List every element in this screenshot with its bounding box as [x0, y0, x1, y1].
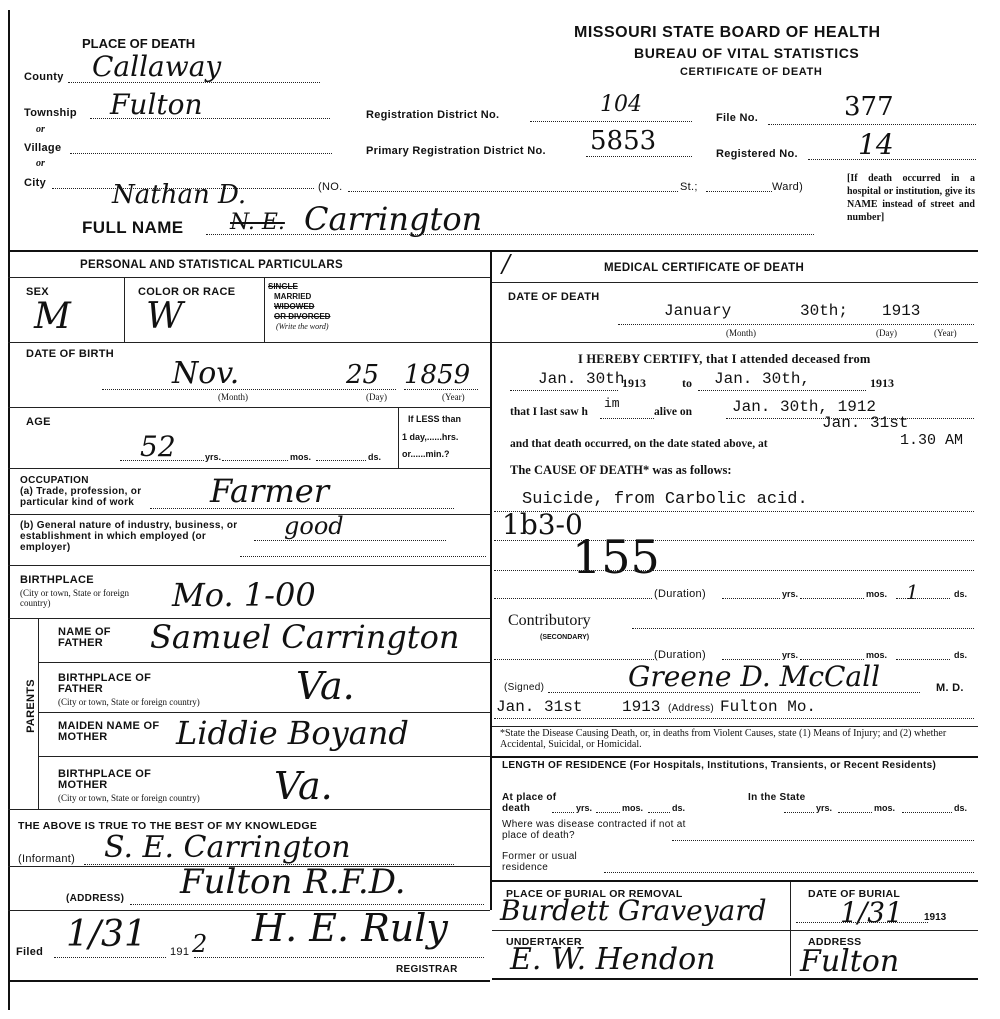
row-divider [8, 407, 490, 408]
residence-heading: LENGTH OF RESIDENCE (For Hospitals, Inst… [502, 760, 974, 772]
row-divider [492, 726, 978, 727]
attended-to-year[interactable]: 1913 [870, 376, 894, 391]
ward-field-line[interactable] [706, 191, 772, 192]
row-divider [38, 756, 490, 757]
occupation-a-block: OCCUPATION (a) Trade, profession, or par… [20, 475, 220, 508]
primary-district-label: Primary Registration District No. [366, 145, 546, 157]
duration-yrs-2: yrs. [782, 650, 798, 660]
in-state-yrs-line[interactable] [784, 812, 814, 813]
in-state-ds-line[interactable] [902, 812, 952, 813]
street-label: St.; [680, 181, 698, 193]
duration-ds-line-2[interactable] [896, 659, 950, 660]
at-place-ds: ds. [672, 803, 685, 813]
contributory-label: Contributory [508, 612, 591, 630]
mother-birthplace-label: BIRTHPLACE OF MOTHER [58, 769, 168, 791]
former-residence-line[interactable] [604, 872, 974, 873]
village-label: Village [24, 142, 61, 154]
alive-on-label: alive on [654, 406, 692, 418]
dob-year[interactable]: 1859 [404, 360, 470, 390]
sex-value[interactable]: M [34, 296, 71, 337]
father-name-label: NAME OF FATHER [58, 627, 138, 649]
alive-on-correction[interactable]: Jan. 31st [822, 414, 908, 432]
marital-option-married[interactable]: MARRIED [268, 292, 388, 302]
street-field-line[interactable] [348, 191, 678, 192]
filed-label: Filed [16, 946, 43, 958]
birthplace-hint: (City or town, State or foreign country) [20, 588, 150, 608]
marital-option-widowed[interactable]: WIDOWED [268, 302, 388, 312]
in-state-mos-line[interactable] [838, 812, 872, 813]
bureau-title: BUREAU OF VITAL STATISTICS [634, 45, 859, 61]
cause-label: The CAUSE OF DEATH* was as follows: [510, 463, 732, 478]
duration-ds-line-1[interactable] [896, 598, 950, 599]
md-label: M. D. [936, 682, 964, 694]
row-divider [492, 756, 978, 758]
date-of-death-month[interactable]: January [664, 302, 731, 320]
age-ds-label: ds. [368, 452, 381, 462]
section-divider-top [8, 250, 978, 252]
cause-line-2 [494, 540, 974, 541]
duration-mos-line-1[interactable] [800, 598, 864, 599]
attended-to-line [698, 390, 866, 391]
row-divider [8, 514, 490, 515]
date-of-death-label: DATE OF DEATH [508, 291, 600, 303]
center-divider [490, 252, 492, 910]
age-label: AGE [26, 416, 51, 428]
row-divider [492, 930, 978, 931]
row-divider [38, 662, 490, 663]
if-less-line-3: or......min.? [402, 449, 450, 459]
age-mos-label: mos. [290, 452, 311, 462]
age-ds-line[interactable] [316, 460, 366, 461]
full-name-surname[interactable]: Carrington [304, 200, 482, 238]
marital-hint: (Write the word) [268, 322, 388, 332]
duration-pre-line [494, 598, 652, 599]
file-no-value[interactable]: 377 [844, 92, 894, 122]
left-border [8, 10, 10, 1010]
full-name-label: FULL NAME [82, 218, 184, 238]
burial-place-value[interactable]: Burdett Graveyard [500, 894, 767, 927]
registrar-line [194, 957, 484, 958]
duration-ds-value[interactable]: 1 [906, 580, 919, 604]
duration-mos-1: mos. [866, 589, 887, 599]
age-yrs-label: yrs. [205, 452, 221, 462]
birthplace-label: BIRTHPLACE [20, 574, 94, 586]
or-text-2: or [36, 158, 45, 169]
township-label: Township [24, 107, 77, 119]
medical-heading: MEDICAL CERTIFICATE OF DEATH [604, 262, 804, 274]
parents-side-label: PARENTS [25, 679, 37, 733]
marital-option-single[interactable]: SINGLE [268, 282, 388, 292]
to-label: to [682, 376, 692, 391]
age-years-value[interactable]: 52 [140, 430, 176, 463]
duration-ds-1: ds. [954, 589, 967, 599]
attended-to-value[interactable]: Jan. 30th, [714, 370, 810, 388]
hospital-note: [If death occurred in a hospital or inst… [847, 172, 975, 224]
doctor-address-label: (Address) [668, 703, 714, 714]
col-divider [124, 278, 125, 342]
row-divider [492, 880, 978, 882]
marital-status-options[interactable]: SINGLE MARRIED WIDOWED OR DIVORCED (Writ… [268, 282, 388, 332]
registrar-label: REGISTRAR [396, 964, 458, 975]
row-divider [8, 565, 490, 566]
row-divider [8, 277, 490, 278]
form-title: CERTIFICATE OF DEATH [680, 66, 822, 78]
date-of-death-line [618, 324, 974, 325]
attended-from-year-text: 1913 [622, 376, 646, 390]
informant-address-value[interactable]: Fulton R.F.D. [180, 862, 406, 902]
registered-no-label: Registered No. [716, 148, 798, 160]
row-divider [492, 282, 978, 283]
undertaker-address-value[interactable]: Fulton [800, 944, 899, 979]
contributory-line[interactable] [632, 628, 974, 629]
last-saw-pronoun[interactable]: im [604, 396, 620, 411]
cause-line-3 [494, 570, 974, 571]
row-divider [8, 468, 490, 469]
burial-date-value[interactable]: 1/31 [840, 896, 903, 929]
registration-district-value[interactable]: 104 [600, 92, 642, 117]
last-saw-label: that I last saw h [510, 406, 588, 418]
father-birthplace-label: BIRTHPLACE OF FATHER [58, 673, 168, 695]
marital-option-divorced[interactable]: OR DIVORCED [268, 312, 388, 322]
row-divider [8, 809, 490, 810]
cause-value[interactable]: Suicide, from Carbolic acid. [522, 490, 808, 509]
filed-year-suffix[interactable]: 2 [192, 930, 207, 958]
date-of-death-day[interactable]: 30th; [800, 302, 848, 320]
mother-birthplace-value[interactable]: Va. [274, 764, 333, 808]
cause-code-2: 155 [572, 530, 660, 584]
full-name-struck-initials: N. E. [230, 210, 285, 235]
village-field-line[interactable] [70, 153, 332, 154]
signed-date[interactable]: Jan. 31st [496, 698, 582, 716]
mother-birthplace-hint: (City or town, State or foreign country) [58, 793, 200, 803]
col-divider [264, 278, 265, 342]
filed-date-line [54, 957, 166, 958]
check-mark: / [502, 250, 510, 278]
board-title: MISSOURI STATE BOARD OF HEALTH [574, 24, 881, 42]
duration-ds-2: ds. [954, 650, 967, 660]
duration-mos-2: mos. [866, 650, 887, 660]
at-place-yrs: yrs. [576, 803, 592, 813]
doctor-address-line [494, 718, 974, 719]
death-day-caption: (Day) [876, 328, 897, 338]
birthplace-value[interactable]: Mo. 1-00 [172, 576, 316, 614]
place-of-death-heading: PLACE OF DEATH [82, 36, 195, 51]
in-state-label: In the State [748, 792, 808, 803]
at-place-label: At place of death [502, 792, 572, 814]
father-birthplace-value[interactable]: Va. [296, 664, 355, 708]
certify-text: I HEREBY CERTIFY, that I attended deceas… [578, 352, 871, 367]
dob-label: DATE OF BIRTH [26, 348, 114, 360]
primary-district-value[interactable]: 5853 [590, 126, 656, 156]
in-state-ds: ds. [954, 803, 967, 813]
parents-divider [38, 619, 39, 809]
occupation-a-value[interactable]: Farmer [210, 472, 329, 510]
city-label: City [24, 177, 46, 189]
file-no-label: File No. [716, 112, 758, 124]
duration-yrs-1: yrs. [782, 589, 798, 599]
undertaker-value[interactable]: E. W. Hendon [510, 942, 715, 977]
informant-address-line [130, 904, 484, 905]
attended-from-value[interactable]: Jan. 30th [538, 370, 624, 388]
registered-no-value[interactable]: 14 [858, 128, 894, 161]
date-of-death-year[interactable]: 1913 [882, 302, 920, 320]
at-place-ds-line[interactable] [648, 812, 670, 813]
dob-day[interactable]: 25 [346, 360, 379, 390]
bottom-divider-left [8, 980, 490, 982]
age-mos-line[interactable] [222, 460, 288, 461]
personal-heading: PERSONAL AND STATISTICAL PARTICULARS [80, 259, 343, 271]
street-no-label: (NO. [318, 181, 342, 193]
contracted-label: Where was disease contracted if not at p… [502, 819, 692, 841]
occupation-label: OCCUPATION [20, 475, 220, 486]
occupation-b-value[interactable]: good [284, 512, 344, 540]
file-no-line [768, 124, 976, 125]
age-years-line [120, 460, 204, 461]
filed-date-value[interactable]: 1/31 [66, 914, 147, 955]
burial-col-divider [790, 882, 791, 976]
col-divider [398, 408, 399, 468]
father-birthplace-hint: (City or town, State or foreign country) [58, 697, 200, 707]
full-name-given[interactable]: Nathan D. [112, 180, 246, 210]
in-state-mos: mos. [874, 803, 895, 813]
signed-label: (Signed) [504, 682, 544, 693]
row-divider [492, 342, 978, 343]
occupation-b-line-2 [240, 556, 486, 557]
occupation-b-label: (b) General nature of industry, business… [20, 520, 240, 553]
secondary-label: (SECONDARY) [540, 634, 589, 641]
at-place-mos-line[interactable] [596, 812, 620, 813]
ward-label: Ward) [772, 181, 803, 193]
contracted-line[interactable] [672, 840, 974, 841]
duration-yrs-line-1[interactable] [722, 598, 780, 599]
mother-name-label: MAIDEN NAME OF MOTHER [58, 721, 168, 743]
full-name-line [206, 234, 814, 235]
dob-month[interactable]: Nov. [172, 356, 239, 391]
doctor-address-value[interactable]: Fulton Mo. [720, 698, 816, 716]
informant-label: (Informant) [18, 853, 75, 865]
registration-district-label: Registration District No. [366, 109, 499, 121]
dob-year-caption: (Year) [442, 392, 465, 402]
at-place-yrs-line[interactable] [552, 812, 574, 813]
occupation-b-line-1 [254, 540, 446, 541]
bottom-divider-right [492, 978, 978, 980]
death-year-caption: (Year) [934, 328, 957, 338]
if-less-line-1: If LESS than [408, 414, 461, 424]
dob-day-caption: (Day) [366, 392, 387, 402]
if-less-line-2: 1 day,......hrs. [402, 432, 458, 442]
at-place-mos: mos. [622, 803, 643, 813]
death-time-value[interactable]: 1.30 AM [900, 432, 963, 449]
cause-footnote: *State the Disease Causing Death, or, in… [500, 728, 976, 750]
registration-district-line [530, 121, 692, 122]
death-month-caption: (Month) [726, 328, 756, 338]
occupation-a-label: (a) Trade, profession, or particular kin… [20, 486, 150, 508]
in-state-yrs: yrs. [816, 803, 832, 813]
or-text-1: or [36, 124, 45, 135]
attended-from-line [510, 390, 618, 391]
burial-year[interactable]: 1913 [924, 912, 946, 923]
color-value[interactable]: W [146, 296, 183, 337]
registrar-value[interactable]: H. E. Ruly [252, 906, 448, 950]
duration-label-1: (Duration) [654, 588, 706, 600]
county-value[interactable]: Callaway [92, 50, 221, 83]
attended-from-year[interactable]: 1913 [622, 376, 646, 391]
signed-value[interactable]: Greene D. McCall [628, 660, 880, 693]
township-value[interactable]: Fulton [110, 88, 203, 121]
signed-year[interactable]: 1913 [622, 698, 660, 716]
dob-month-caption: (Month) [218, 392, 248, 402]
last-saw-pronoun-line [600, 418, 654, 419]
cause-code-1: 1b3-0 [502, 508, 583, 541]
father-name-value[interactable]: Samuel Carrington [150, 618, 460, 656]
informant-address-label: (ADDRESS) [66, 893, 124, 904]
filed-year-prefix: 191 [170, 946, 189, 958]
row-divider [38, 712, 490, 713]
informant-value[interactable]: S. E. Carrington [104, 830, 351, 865]
death-occurred-label: and that death occurred, on the date sta… [510, 438, 768, 450]
primary-district-line [586, 156, 692, 157]
former-residence-label: Former or usual residence [502, 851, 622, 873]
county-label: County [24, 71, 64, 83]
row-divider [8, 342, 490, 343]
mother-name-value[interactable]: Liddie Boyand [176, 714, 409, 752]
